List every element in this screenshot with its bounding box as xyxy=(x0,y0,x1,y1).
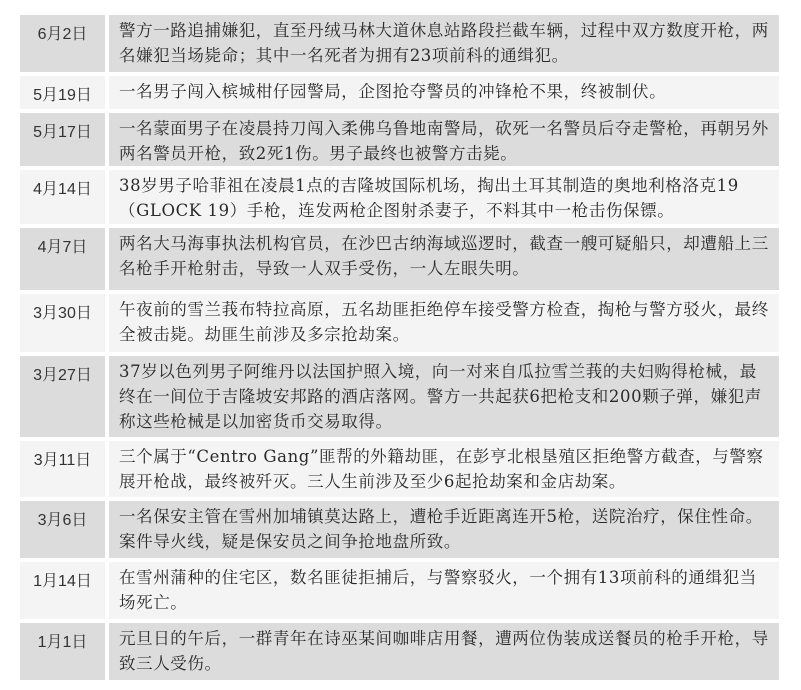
description-cell: 一名保安主管在雪州加埔镇莫达路上，遭枪手近距离连开5枪，送院治疗，保住性命。案件… xyxy=(109,501,779,558)
date-cell: 6月2日 xyxy=(20,15,105,72)
table-row: 3月30日 午夜前的雪兰莪布特拉高原，五名劫匪拒绝停车接受警方检查，掏枪与警方驳… xyxy=(20,294,779,352)
table-row: 1月14日 在雪州蒲种的住宅区，数名匪徒拒捕后，与警察驳火，一个拥有13项前科的… xyxy=(20,562,779,619)
date-cell: 3月27日 xyxy=(20,356,105,437)
date-cell: 5月17日 xyxy=(20,113,105,166)
table-row: 6月2日 警方一路追捕嫌犯，直至丹绒马林大道休息站路段拦截车辆，过程中双方数度开… xyxy=(20,15,779,72)
table-row: 4月14日 38岁男子哈菲祖在凌晨1点的吉隆坡国际机场，掏出土耳其制造的奥地利格… xyxy=(20,170,779,224)
date-cell: 1月14日 xyxy=(20,562,105,619)
description-cell: 一名男子闯入槟城柑仔园警局，企图抢夺警员的冲锋枪不果，终被制伏。 xyxy=(109,76,779,109)
description-cell: 三个属于“Centro Gang”匪帮的外籍劫匪，在彭亨北根垦殖区拒绝警方截查，… xyxy=(109,441,779,497)
date-cell: 3月6日 xyxy=(20,501,105,558)
description-cell: 一名蒙面男子在凌晨持刀闯入柔佛乌鲁地南警局，砍死一名警员后夺走警枪，再朝另外两名… xyxy=(109,113,779,166)
description-cell: 警方一路追捕嫌犯，直至丹绒马林大道休息站路段拦截车辆，过程中双方数度开枪，两名嫌… xyxy=(109,15,779,72)
description-cell: 午夜前的雪兰莪布特拉高原，五名劫匪拒绝停车接受警方检查，掏枪与警方驳火，最终全被… xyxy=(109,294,779,352)
description-cell: 37岁以色列男子阿维丹以法国护照入境，向一对来自瓜拉雪兰莪的夫妇购得枪械，最终在… xyxy=(109,356,779,437)
table-row: 3月27日 37岁以色列男子阿维丹以法国护照入境，向一对来自瓜拉雪兰莪的夫妇购得… xyxy=(20,356,779,437)
date-cell: 4月14日 xyxy=(20,170,105,224)
date-cell: 1月1日 xyxy=(20,623,105,680)
description-cell: 38岁男子哈菲祖在凌晨1点的吉隆坡国际机场，掏出土耳其制造的奥地利格洛克19（G… xyxy=(109,170,779,224)
incident-table: 6月2日 警方一路追捕嫌犯，直至丹绒马林大道休息站路段拦截车辆，过程中双方数度开… xyxy=(20,15,779,684)
date-cell: 3月11日 xyxy=(20,441,105,497)
date-cell: 3月30日 xyxy=(20,294,105,352)
description-cell: 两名大马海事执法机构官员，在沙巴古纳海域巡逻时，截查一艘可疑船只，却遭船上三名枪… xyxy=(109,228,779,290)
description-cell: 元旦日的午后，一群青年在诗巫某间咖啡店用餐，遭两位伪装成送餐员的枪手开枪，导致三… xyxy=(109,623,779,680)
date-cell: 4月7日 xyxy=(20,228,105,290)
table-row: 1月1日 元旦日的午后，一群青年在诗巫某间咖啡店用餐，遭两位伪装成送餐员的枪手开… xyxy=(20,623,779,680)
description-cell: 在雪州蒲种的住宅区，数名匪徒拒捕后，与警察驳火，一个拥有13项前科的通缉犯当场死… xyxy=(109,562,779,619)
table-row: 4月7日 两名大马海事执法机构官员，在沙巴古纳海域巡逻时，截查一艘可疑船只，却遭… xyxy=(20,228,779,290)
table-row: 3月6日 一名保安主管在雪州加埔镇莫达路上，遭枪手近距离连开5枪，送院治疗，保住… xyxy=(20,501,779,558)
table-row: 5月17日 一名蒙面男子在凌晨持刀闯入柔佛乌鲁地南警局，砍死一名警员后夺走警枪，… xyxy=(20,113,779,166)
table-row: 3月11日 三个属于“Centro Gang”匪帮的外籍劫匪，在彭亨北根垦殖区拒… xyxy=(20,441,779,497)
date-cell: 5月19日 xyxy=(20,76,105,109)
table-row: 5月19日 一名男子闯入槟城柑仔园警局，企图抢夺警员的冲锋枪不果，终被制伏。 xyxy=(20,76,779,109)
